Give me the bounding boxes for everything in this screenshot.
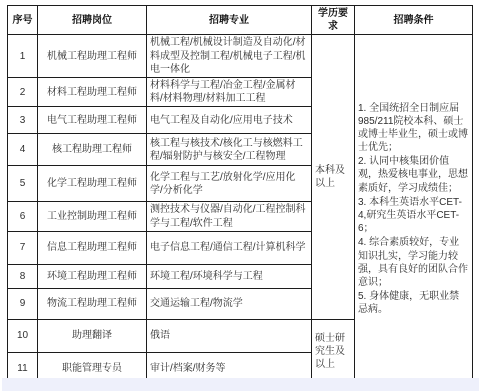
col-header-no: 序号 [8, 6, 38, 35]
cell-major: 俄语 [147, 319, 312, 352]
col-header-position: 招聘岗位 [38, 6, 147, 35]
cell-major: 测控技术与仪器/自动化/工程控制科学与工程/软件工程 [147, 202, 312, 231]
cell-position: 化学工程助理工程师 [38, 166, 147, 202]
condition-item: 1. 全国统招全日制应届985/211院校本科、硕士或博士毕业生，硕士或博士优先… [358, 102, 469, 155]
cell-position: 电气工程助理工程师 [38, 107, 147, 134]
cell-position: 环境工程助理工程师 [38, 264, 147, 288]
cell-no: 5 [8, 166, 38, 202]
condition-item: 4. 综合素质较好，专业知识扎实，学习能力较强，具有良好的团队合作意识； [358, 236, 469, 289]
cell-major: 机械工程/机械设计制造及自动化/材料成型及控制工程/机械电子工程/机电一体化 [147, 35, 312, 78]
cell-position: 物流工程助理工程师 [38, 288, 147, 319]
cell-no: 1 [8, 35, 38, 78]
cell-major: 交通运输工程/物流学 [147, 288, 312, 319]
header-row: 序号 招聘岗位 招聘专业 学历要求 招聘条件 [8, 6, 473, 35]
cell-position: 核工程助理工程师 [38, 134, 147, 166]
condition-item: 5. 身体健康，无职业禁忌病。 [358, 290, 469, 316]
bottom-highlight-band [2, 378, 479, 391]
cell-no: 8 [8, 264, 38, 288]
cell-major: 化学工程与工艺/放射化学/应用化学/分析化学 [147, 166, 312, 202]
col-header-major: 招聘专业 [147, 6, 312, 35]
cell-no: 3 [8, 107, 38, 134]
cell-conditions: 1. 全国统招全日制应届985/211院校本科、硕士或博士毕业生，硕士或博士优先… [355, 35, 473, 384]
cell-position: 信息工程助理工程师 [38, 231, 147, 264]
cell-position: 工业控制助理工程师 [38, 202, 147, 231]
cell-major: 材料科学与工程/冶金工程/金属材料/材料物理/材料加工工程 [147, 77, 312, 106]
cell-major: 环境工程/环境科学与工程 [147, 264, 312, 288]
cell-major: 核工程与核技术/核化工与核燃料工程/辐射防护与核安全/工程物理 [147, 134, 312, 166]
cell-position: 材料工程助理工程师 [38, 77, 147, 106]
recruitment-table: 序号 招聘岗位 招聘专业 学历要求 招聘条件 1 机械工程助理工程师 机械工程/… [7, 5, 473, 385]
table-container: 序号 招聘岗位 招聘专业 学历要求 招聘条件 1 机械工程助理工程师 机械工程/… [7, 5, 473, 385]
cell-major: 电气工程及自动化/应用电子技术 [147, 107, 312, 134]
cell-no: 2 [8, 77, 38, 106]
cell-no: 6 [8, 202, 38, 231]
col-header-education: 学历要求 [312, 6, 355, 35]
cell-no: 10 [8, 319, 38, 352]
page: 序号 招聘岗位 招聘专业 学历要求 招聘条件 1 机械工程助理工程师 机械工程/… [0, 0, 479, 391]
cell-position: 助理翻译 [38, 319, 147, 352]
condition-item: 3. 本科生英语水平CET-4,研究生英语水平CET-6； [358, 196, 469, 236]
cell-education-group2: 硕士研究生及以上 [312, 319, 355, 384]
col-header-conditions: 招聘条件 [355, 6, 473, 35]
condition-item: 2. 认同中核集团价值观，热爱核电事业，思想素质好，学习成绩佳； [358, 155, 469, 195]
cell-position: 机械工程助理工程师 [38, 35, 147, 78]
cell-major: 电子信息工程/通信工程/计算机科学 [147, 231, 312, 264]
table-row: 1 机械工程助理工程师 机械工程/机械设计制造及自动化/材料成型及控制工程/机械… [8, 35, 473, 78]
cell-no: 4 [8, 134, 38, 166]
cell-no: 7 [8, 231, 38, 264]
cell-no: 9 [8, 288, 38, 319]
cell-education-group1: 本科及以上 [312, 35, 355, 319]
